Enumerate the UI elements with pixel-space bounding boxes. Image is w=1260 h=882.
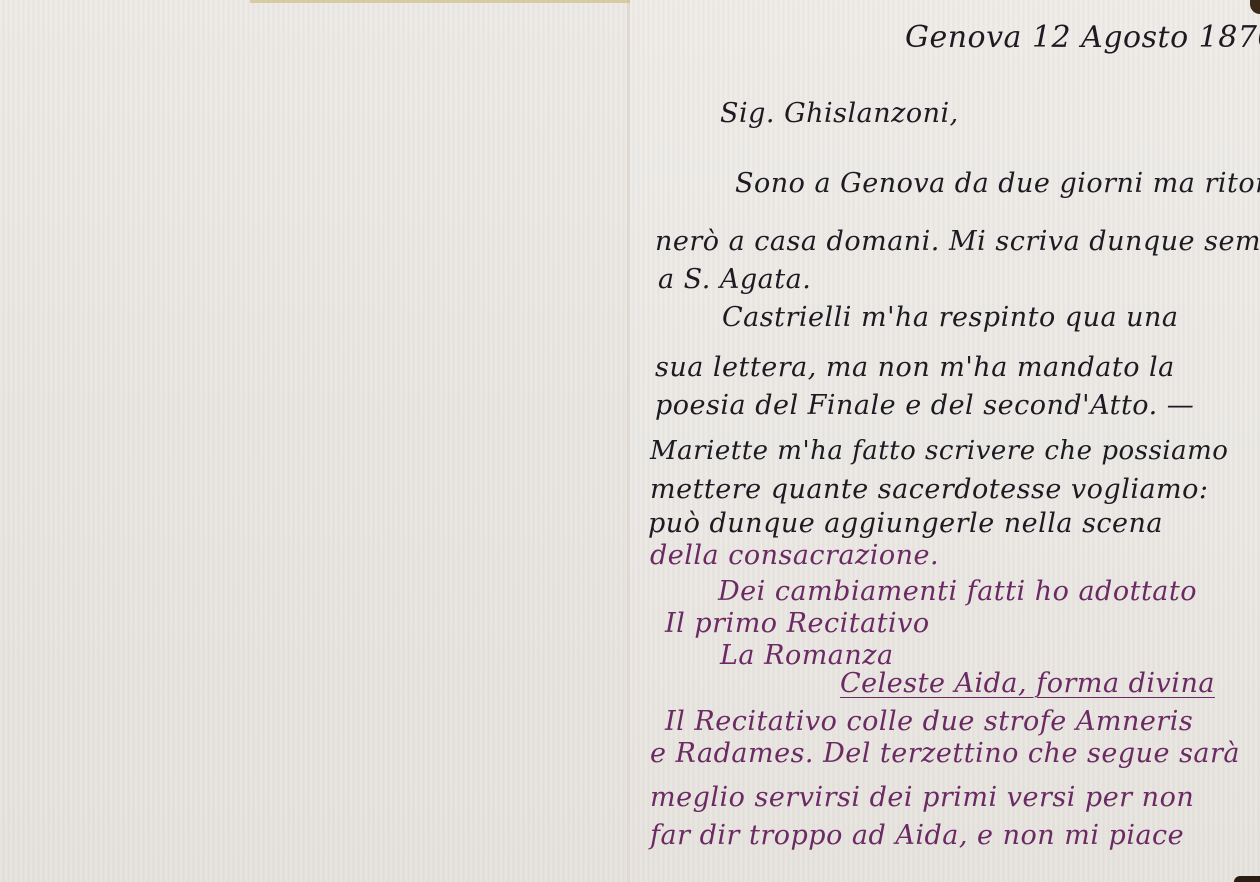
- letter-line: La Romanza: [720, 640, 894, 671]
- letter-line: a S. Agata.: [658, 264, 811, 295]
- letter-line: della consacrazione.: [650, 540, 939, 571]
- letter-line: Castrielli m'ha respinto qua una: [722, 302, 1179, 333]
- letter-line: e Radames. Del terzettino che segue sarà: [650, 738, 1240, 769]
- letter-line: Dei cambiamenti fatti ho adottato: [718, 576, 1197, 607]
- letter-line: meglio servirsi dei primi versi per non: [650, 782, 1194, 813]
- dateline: Genova 12 Agosto 1870.: [905, 20, 1260, 55]
- left-page-blank: [0, 0, 628, 882]
- letter-line: può dunque aggiungerle nella scena: [648, 508, 1163, 539]
- letter-line: Sono a Genova da due giorni ma ritor-: [735, 168, 1260, 199]
- letter-line: Il Recitativo colle due strofe Amneris: [665, 706, 1193, 737]
- salutation: Sig. Ghislanzoni,: [720, 98, 959, 129]
- letter-scan: Genova 12 Agosto 1870. Sig. Ghislanzoni,…: [0, 0, 1260, 882]
- letter-line: nerò a casa domani. Mi scriva dunque sem…: [655, 226, 1260, 257]
- letter-line: poesia del Finale e del second'Atto. —: [655, 390, 1194, 421]
- scan-corner-shadow-bottom: [1234, 876, 1260, 882]
- letter-line-underlined: Celeste Aida, forma divina: [840, 668, 1215, 699]
- letter-line: far dir troppo ad Aida, e non mi piace: [650, 820, 1184, 851]
- letter-line: sua lettera, ma non m'ha mandato la: [655, 352, 1175, 383]
- letter-line: mettere quante sacerdotesse vogliamo:: [650, 474, 1209, 505]
- letter-line: Il primo Recitativo: [665, 608, 930, 639]
- letter-line: Mariette m'ha fatto scrivere che possiam…: [650, 436, 1228, 466]
